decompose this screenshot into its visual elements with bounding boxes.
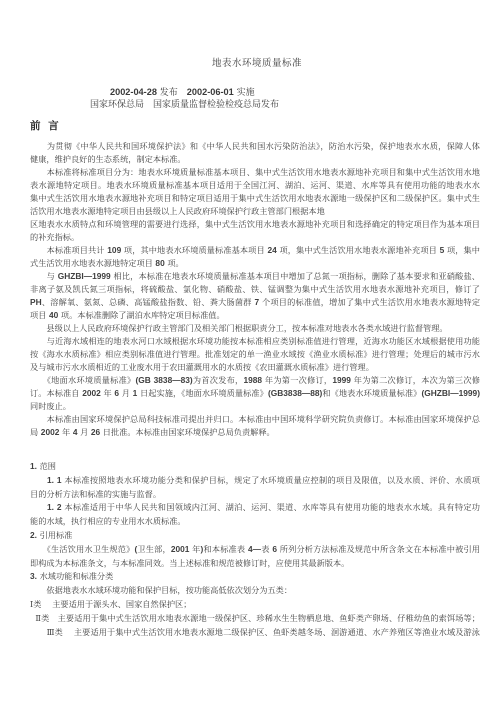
latin-text: 3838—83) — [154, 375, 193, 385]
text-line: 1. 范围 — [30, 460, 480, 474]
latin-text: 26 — [91, 427, 100, 437]
section-1-1-paragraph: 1. 1 本标准按照地表水环境功能分类和保护目标，规定了水环境质量应控制的项目及… — [30, 474, 480, 502]
text-line: Ⅱ类 主要适用于集中式生活饮用水地表水源地一级保护区、珍稀水生生物栖息地、鱼虾类… — [30, 612, 480, 626]
section-2-heading: 2. 引用标准 — [30, 529, 480, 543]
latin-text: 2002-04-28 — [110, 87, 157, 97]
foreword-paragraph-2a: 本标准将标准项目分为：地表水环境质量标准基本项目、集中式生活饮用水地表水源地补充… — [30, 166, 480, 218]
text-line: 本标准项目共计 109 项，其中地表水环境质量标准基本项目 24 项，集中式生活… — [30, 244, 480, 257]
latin-text: ) — [201, 544, 204, 554]
document-page: 地表水环境质量标准 2002-04-28 发布 2002-06-01 实施 国家… — [0, 0, 496, 702]
foreword-paragraph-4: 与 GHZBI—1999 相比，本标准在地表水环境质量标准基本项目中增加了总氮一… — [30, 270, 480, 322]
text-line: 《生活饮用水卫生规范》(卫生部，2001 年)和本标准表 4—表 6 所列分析方… — [30, 543, 480, 557]
issuer-line: 国家环保总局 国家质量监督检验检疫总局发布 — [90, 100, 279, 111]
latin-text: 7 — [255, 297, 260, 307]
text-line: 即构成为本标准条文，与本标准同效。当上述标准和规范被修订时，应使用其最新版本。 — [30, 557, 480, 571]
foreword-paragraph-3: 本标准项目共计 109 项，其中地表水环境质量标准基本项目 24 项，集中式生活… — [30, 244, 480, 270]
latin-text: 1988 — [243, 375, 262, 385]
text-line: 项目 40 项。本标准删除了湖泊水库特定项目标准值。 — [30, 309, 480, 322]
latin-text: 1 — [57, 475, 62, 485]
latin-text: ( — [134, 544, 137, 554]
foreword-paragraph-7: 《地面水环境质量标准》(GB 3838—83)为首次发布，1988 年为第一次修… — [30, 374, 480, 413]
text-line: 区地表水水质特点和环境管理的需要进行选择，集中式生活饮用水地表水源地补充项目和选… — [30, 218, 480, 231]
text-line: 与 GHZBI—1999 相比，本标准在地表水环境质量标准基本项目中增加了总氮一… — [30, 270, 480, 283]
text-line: Ⅲ类 主要适用于集中式生活饮用水地表水源地二级保护区、鱼虾类越冬场、洄游通道、水… — [30, 626, 480, 640]
latin-text: 6 — [114, 388, 119, 398]
text-line: 1. 1 本标准按照地表水环境功能分类和保护目标，规定了水环境质量应控制的项目及… — [30, 474, 480, 488]
foreword-heading: 前 言 — [30, 118, 61, 133]
text-line: 表水源地特定项目。地表水环境质量标准基本项目适用于全国江河、湖泊、运河、渠道、水… — [30, 179, 480, 192]
latin-text: 2 — [57, 502, 62, 512]
latin-text: 2002 — [41, 427, 60, 437]
sections-body: 1. 范围 1. 1 本标准按照地表水环境功能分类和保护目标，规定了水环境质量应… — [30, 460, 480, 639]
latin-text: 4— — [248, 544, 261, 554]
latin-text: 1. — [47, 475, 54, 485]
text-line: 及与城市污水水质相近的工业废水用于农田灌溉用水的水质按《农田灌溉水质标准》进行管… — [30, 361, 480, 374]
foreword-body: 为贯彻《中华人民共和国环境保护法》和《中华人民共和国水污染防治法》，防治水污染，… — [30, 140, 480, 439]
text-line: 2. 引用标准 — [30, 529, 480, 543]
latin-text: 6 — [272, 544, 277, 554]
section-1-heading: 1. 范围 — [30, 460, 480, 474]
latin-text: (GB — [135, 375, 150, 385]
text-line: 的补充指标。 — [30, 231, 480, 244]
latin-text: 109 — [107, 245, 121, 255]
text-line: PH、溶解氧、氨氮、总磷、高锰酸盐指数、铅、粪大肠菌群 7 个项目的标准值，增加… — [30, 296, 480, 309]
foreword-paragraph-8: 本标准由国家环境保护总局科技标准司提出并归口。本标准由中国环境科学研究院负责修订… — [30, 413, 480, 439]
text-line: 能的水域，执行相应的专业用水水质标准。 — [30, 515, 480, 529]
section-3-heading: 3. 水域功能和标准分类 — [30, 570, 480, 584]
text-line: 本标准由国家环境保护总局科技标准司提出并归口。本标准由中国环境科学研究院负责修订… — [30, 413, 480, 426]
latin-text: 2001 — [171, 544, 190, 554]
section-2-paragraph: 《生活饮用水卫生规范》(卫生部，2001 年)和本标准表 4—表 6 所列分析方… — [30, 543, 480, 571]
water-class-2-3-items: Ⅱ类 主要适用于集中式生活饮用水地表水源地一级保护区、珍稀水生生物栖息地、鱼虾类… — [30, 612, 480, 640]
latin-text: 1. — [30, 461, 37, 471]
text-line: Ⅰ类 主要适用于源头水、国家自然保护区； — [30, 598, 480, 612]
foreword-paragraph-6: 与近海水域相连的地表水河口水域根据水环境功能按本标准相应类别标准值进行管理，近海… — [30, 335, 480, 374]
section-3-intro: 依据地表水水域环境功能和保护目标，按功能高低依次划分为五类： — [30, 584, 480, 598]
text-line: 目的分析方法和标准的实施与监督。 — [30, 488, 480, 502]
foreword-paragraph-5: 县级以上人民政府环境保护行政主管部门及相关部门根据职责分工，按本标准对地表水各类… — [30, 322, 480, 335]
text-line: 非离子氨及凯氏氮三项指标，将硫酸盐、氯化物、硝酸盐、铁、锰调整为集中式生活饮用水… — [30, 283, 480, 296]
latin-text: 1999 — [332, 375, 351, 385]
text-line: 局 2002 年 4 月 26 日批准。本标准由国家环境保护总局负责解释。 — [30, 426, 480, 439]
text-line: 县级以上人民政府环境保护行政主管部门及相关部门根据职责分工，按本标准对地表水各类… — [30, 322, 480, 335]
latin-text: 24 — [267, 245, 276, 255]
latin-text: 2. — [30, 530, 37, 540]
water-class-1-item: Ⅰ类 主要适用于源头水、国家自然保护区； — [30, 598, 480, 612]
latin-text: 80 — [155, 258, 164, 268]
foreword-paragraph-1: 为贯彻《中华人民共和国环境保护法》和《中华人民共和国水污染防治法》，防治水污染，… — [30, 140, 480, 166]
text-line: 活饮用水地表水源地特定项目由县级以上人民政府环境保护行政主管部门根据本地 — [30, 205, 480, 218]
text-line: 订。本标准自 2002 年 6 月 1 日起实施，《地面水环境质量标准》(GB3… — [30, 387, 480, 400]
foreword-paragraph-2b: 区地表水水质特点和环境管理的需要进行选择，集中式生活饮用水地表水源地补充项目和选… — [30, 218, 480, 244]
latin-text: 1 — [133, 388, 138, 398]
text-line: 依据地表水水域环境功能和保护目标，按功能高低依次划分为五类： — [30, 584, 480, 598]
latin-text: 3. — [30, 571, 37, 581]
latin-text: 5 — [440, 245, 445, 255]
latin-text: (GHZBI—1999) — [421, 388, 480, 398]
text-line: 同时废止。 — [30, 400, 480, 413]
text-line: 1. 2 本标准适用于中华人民共和国领域内江河、湖泊、运河、渠道、水库等具有使用… — [30, 501, 480, 515]
text-line: 为贯彻《中华人民共和国环境保护法》和《中华人民共和国水污染防治法》，防治水污染，… — [30, 140, 480, 153]
document-title: 地表水环境质量标准 — [0, 58, 496, 69]
text-line: 本标准将标准项目分为：地表水环境质量标准基本项目、集中式生活饮用水地表水源地补充… — [30, 166, 480, 179]
latin-text: (GB3838—88) — [268, 388, 322, 398]
text-line: 与近海水域相连的地表水河口水域根据水环境功能按本标准相应类别标准值进行管理，近海… — [30, 335, 480, 348]
section-1-2-paragraph: 1. 2 本标准适用于中华人民共和国领域内江河、湖泊、运河、渠道、水库等具有使用… — [30, 501, 480, 529]
latin-text: 40 — [49, 310, 58, 320]
latin-text: 2002-06-01 — [187, 87, 234, 97]
latin-text: PH — [30, 297, 42, 307]
text-line: 《地面水环境质量标准》(GB 3838—83)为首次发布，1988 年为第一次修… — [30, 374, 480, 387]
text-line: 式生活饮用水地表水源地特定项目 80 项。 — [30, 257, 480, 270]
latin-text: GHZBI—1999 — [58, 271, 111, 281]
text-line: 健康，维护良好的生态系统，制定本标准。 — [30, 153, 480, 166]
latin-text: 1. — [47, 502, 54, 512]
latin-text: 4 — [73, 427, 78, 437]
text-line: 3. 水域功能和标准分类 — [30, 570, 480, 584]
publish-date-line: 2002-04-28 发布 2002-06-01 实施 — [110, 87, 255, 99]
text-line: 集中式生活饮用水地表水源地补充项目和特定项目适用于集中式生活饮用水地表水源地一级… — [30, 192, 480, 205]
text-line: 按《海水水质标准》相应类别标准值进行管理。批准划定的单一渔业水域按《渔业水质标准… — [30, 348, 480, 361]
latin-text: 2002 — [82, 388, 101, 398]
